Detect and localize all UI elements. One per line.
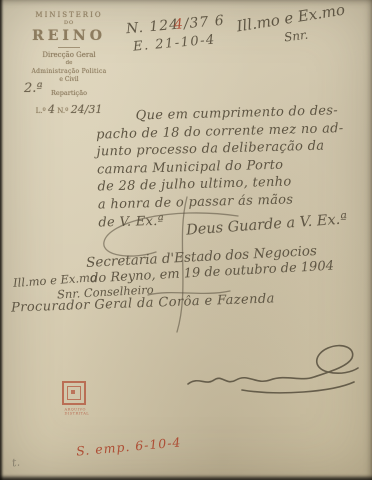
registry-number-black: N. 124 bbox=[125, 17, 179, 38]
letterhead-direccao-geral: Direcção Geral bbox=[16, 51, 122, 59]
reparticao-label: Repartição bbox=[51, 89, 87, 97]
archive-stamp-text: ARQUIVO DISTRITAL bbox=[65, 408, 84, 415]
footer-registry-note: S. emp. 6-10-4 bbox=[76, 434, 182, 458]
letterhead-reino: REINO bbox=[16, 28, 122, 44]
addressee-line3: Procurador Geral da Corôa e Fazenda bbox=[11, 291, 275, 315]
book-label: L.º bbox=[36, 107, 46, 115]
archive-stamp: ARQUIVO DISTRITAL bbox=[53, 381, 95, 424]
book-value-handwritten: 4 bbox=[48, 103, 55, 116]
registry-entry-date: E. 21-10-4 bbox=[133, 32, 217, 54]
archive-stamp-icon bbox=[62, 381, 86, 405]
number-label: N.º bbox=[57, 107, 68, 115]
letterhead: MINISTERIO DO REINO Direcção Geral de Ad… bbox=[16, 11, 122, 116]
letterhead-reparticao: 2.ª Repartição bbox=[16, 89, 122, 97]
scanned-letter-page: MINISTERIO DO REINO Direcção Geral de Ad… bbox=[0, 0, 372, 480]
letterhead-de: de bbox=[16, 60, 122, 66]
signature-flourish bbox=[182, 340, 364, 402]
letterhead-ministry: MINISTERIO bbox=[16, 11, 122, 19]
letterhead-administracao: Administração Politica bbox=[16, 68, 122, 75]
registry-number-rest: /37 6 bbox=[183, 13, 225, 33]
pencil-mark: t. bbox=[11, 456, 21, 470]
reparticao-number-handwritten: 2.ª bbox=[24, 81, 43, 96]
stamp-line2: DISTRITAL bbox=[65, 412, 84, 416]
addressee-top-line2: Snr. bbox=[283, 28, 309, 45]
letterhead-divider bbox=[58, 47, 80, 48]
letterhead-do: DO bbox=[16, 20, 122, 26]
